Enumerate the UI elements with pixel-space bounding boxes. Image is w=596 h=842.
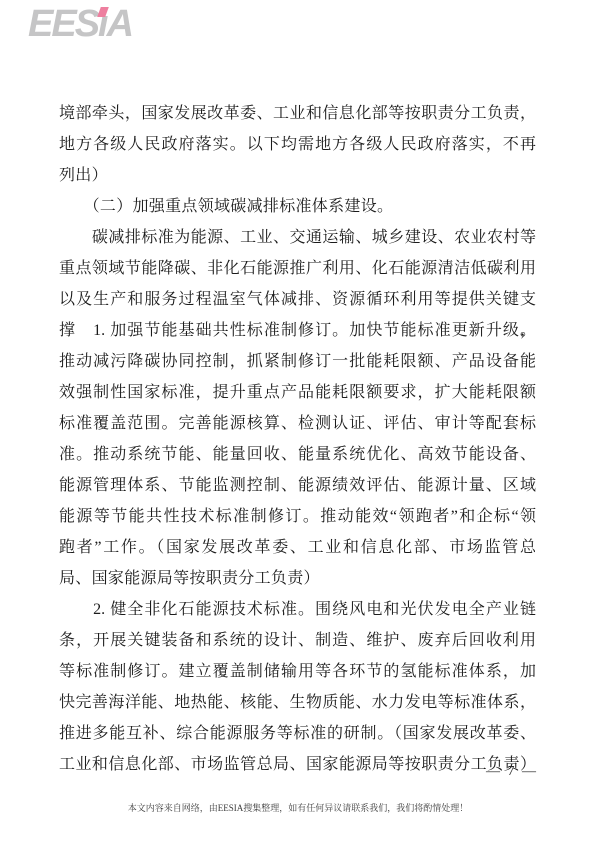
text-line: （二）加强重点领域碳减排标准体系建设。 [59,191,536,222]
logo-text: EESıA [28,3,132,45]
text-line: 准。推动系统节能、能量回收、能量系统优化、高效节能设备、 [59,439,536,470]
document-body: 境部牵头，国家发展改革委、工业和信息化部等按职责分工负责，地方各级人民政府落实。… [59,98,536,780]
footer-disclaimer: 本文内容来自网络，由EESIA搜集整理，如有任何异议请联系我们，我们将酌情处理！ [0,802,596,815]
text-line: 列出） [59,160,536,191]
text-line: 碳减排标准为能源、工业、交通运输、城乡建设、农业农村等 [59,222,536,253]
text-line: 工业和信息化部、市场监管总局、国家能源局等按职责分工负责） [59,749,536,780]
text-line: 重点领域节能降碳、非化石能源推广利用、化石能源清洁低碳利用 [59,253,536,284]
text-line: 效强制性国家标准，提升重点产品能耗限额要求，扩大能耗限额 [59,377,536,408]
text-line: 2. 健全非化石能源技术标准。围绕风电和光伏发电全产业链 [59,594,536,625]
text-line: 1. 加强节能基础共性标准制修订。加快节能标准更新升级， [59,315,536,346]
text-line: 境部牵头，国家发展改革委、工业和信息化部等按职责分工负责， [59,98,536,129]
logo-letters-pre: EES [28,3,98,45]
text-line: 跑者”工作。（国家发展改革委、工业和信息化部、市场监管总 [59,532,536,563]
page-number: — 7 — [486,762,538,782]
text-line: 等标准制修订。建立覆盖制储输用等各环节的氢能标准体系，加 [59,656,536,687]
logo-letters-post: A [107,3,132,45]
eesia-logo: EESıA [28,4,148,48]
text-line: 条，开展关键装备和系统的设计、制造、维护、废弃后回收利用 [59,625,536,656]
text-line: 标准覆盖范围。完善能源核算、检测认证、评估、审计等配套标 [59,408,536,439]
text-line: 推动减污降碳协同控制，抓紧制修订一批能耗限额、产品设备能 [59,346,536,377]
text-line: 地方各级人民政府落实。以下均需地方各级人民政府落实，不再 [59,129,536,160]
text-line: 快完善海洋能、地热能、核能、生物质能、水力发电等标准体系， [59,687,536,718]
text-line: 能源管理体系、节能监测控制、能源绩效评估、能源计量、区域 [59,470,536,501]
text-line: 以及生产和服务过程温室气体减排、资源循环利用等提供关键支撑。 [59,284,536,315]
text-line: 局、国家能源局等按职责分工负责） [59,563,536,594]
text-line: 推进多能互补、综合能源服务等标准的研制。（国家发展改革委、 [59,718,536,749]
document-page: EESıA 境部牵头，国家发展改革委、工业和信息化部等按职责分工负责，地方各级人… [0,0,596,842]
text-line: 能源等节能共性技术标准制修订。推动能效“领跑者”和企标“领 [59,501,536,532]
